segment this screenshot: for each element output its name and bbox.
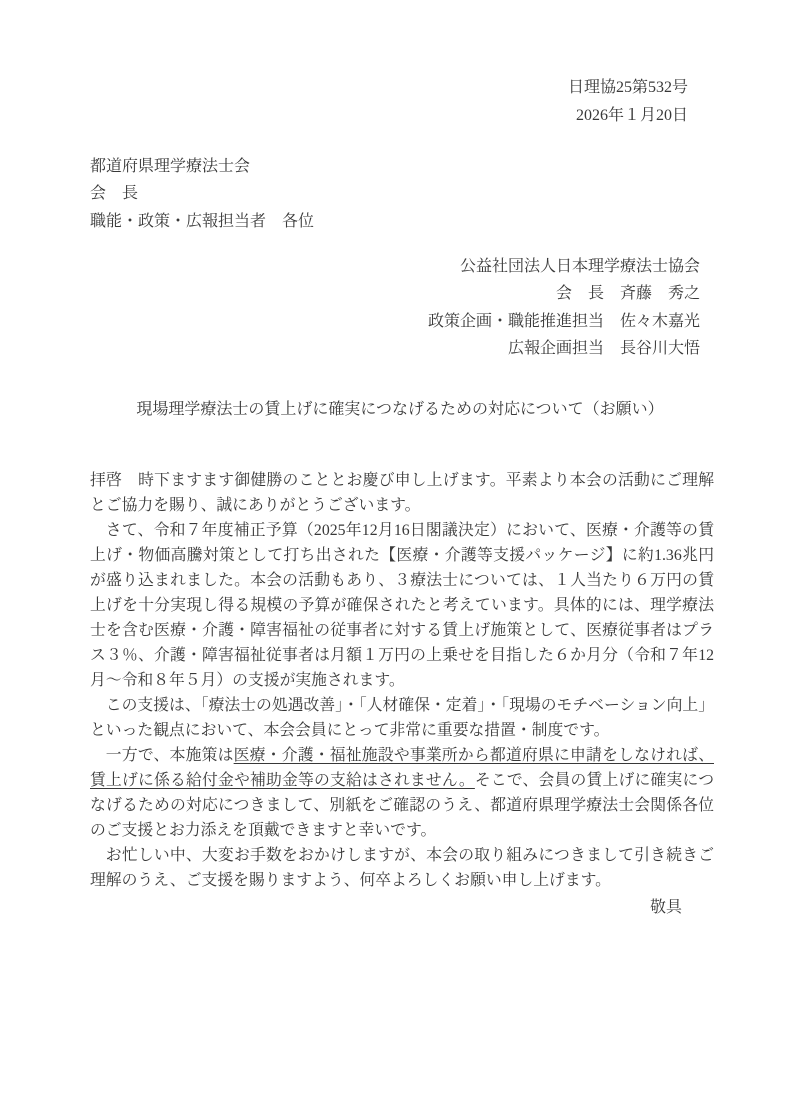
text-run: お忙しい中、大変お手数をおかけしますが、本会の取り組みにつきまして引き続きご理解… bbox=[90, 847, 714, 889]
doc-date: 2026年１月20日 bbox=[568, 102, 688, 130]
text-run: さて、令和７年度補正予算（2025年12月16日閣議決定）において、医療・介護等… bbox=[90, 522, 714, 689]
sender-line: 公益社団法人日本理学療法士協会 bbox=[428, 253, 700, 280]
recipient-line: 会 長 bbox=[90, 180, 314, 207]
body-paragraph: この支援は、「療法士の処遇改善」・「人材確保・定着」・「現場のモチベーション向上… bbox=[90, 693, 714, 743]
recipient-line: 都道府県理学療法士会 bbox=[90, 153, 314, 180]
body-paragraph: お忙しい中、大変お手数をおかけしますが、本会の取り組みにつきまして引き続きご理解… bbox=[90, 843, 714, 893]
document-body: 拝啓 時下ますます御健勝のこととお慶び申し上げます。平素より本会の活動にご理解と… bbox=[90, 468, 714, 893]
document-page: 日理協25第532号 2026年１月20日 都道府県理学療法士会会 長職能・政策… bbox=[0, 0, 800, 1115]
text-run: 拝啓 時下ますます御健勝のこととお慶び申し上げます。平素より本会の活動にご理解と… bbox=[90, 472, 714, 514]
body-paragraph: 一方で、本施策は医療・介護・福祉施設や事業所から都道府県に申請をしなければ、賃上… bbox=[90, 743, 714, 843]
body-paragraph: さて、令和７年度補正予算（2025年12月16日閣議決定）において、医療・介護等… bbox=[90, 518, 714, 693]
sender-line: 広報企画担当 長谷川大悟 bbox=[428, 335, 700, 362]
sender-line: 会 長 斉藤 秀之 bbox=[428, 280, 700, 307]
body-paragraph: 拝啓 時下ますます御健勝のこととお慶び申し上げます。平素より本会の活動にご理解と… bbox=[90, 468, 714, 518]
sender-block: 公益社団法人日本理学療法士協会会 長 斉藤 秀之政策企画・職能推進担当 佐々木嘉… bbox=[428, 253, 700, 362]
text-run: 一方で、本施策は bbox=[106, 747, 234, 764]
recipient-block: 都道府県理学療法士会会 長職能・政策・広報担当者 各位 bbox=[90, 153, 314, 235]
sender-line: 政策企画・職能推進担当 佐々木嘉光 bbox=[428, 308, 700, 335]
document-header: 日理協25第532号 2026年１月20日 bbox=[568, 74, 688, 130]
recipient-line: 職能・政策・広報担当者 各位 bbox=[90, 208, 314, 235]
text-run: この支援は、「療法士の処遇改善」・「人材確保・定着」・「現場のモチベーション向上… bbox=[90, 697, 714, 739]
doc-number: 日理協25第532号 bbox=[568, 74, 688, 102]
closing-word: 敬具 bbox=[90, 895, 682, 920]
document-title: 現場理学療法士の賃上げに確実につなげるための対応について（お願い） bbox=[0, 399, 800, 421]
